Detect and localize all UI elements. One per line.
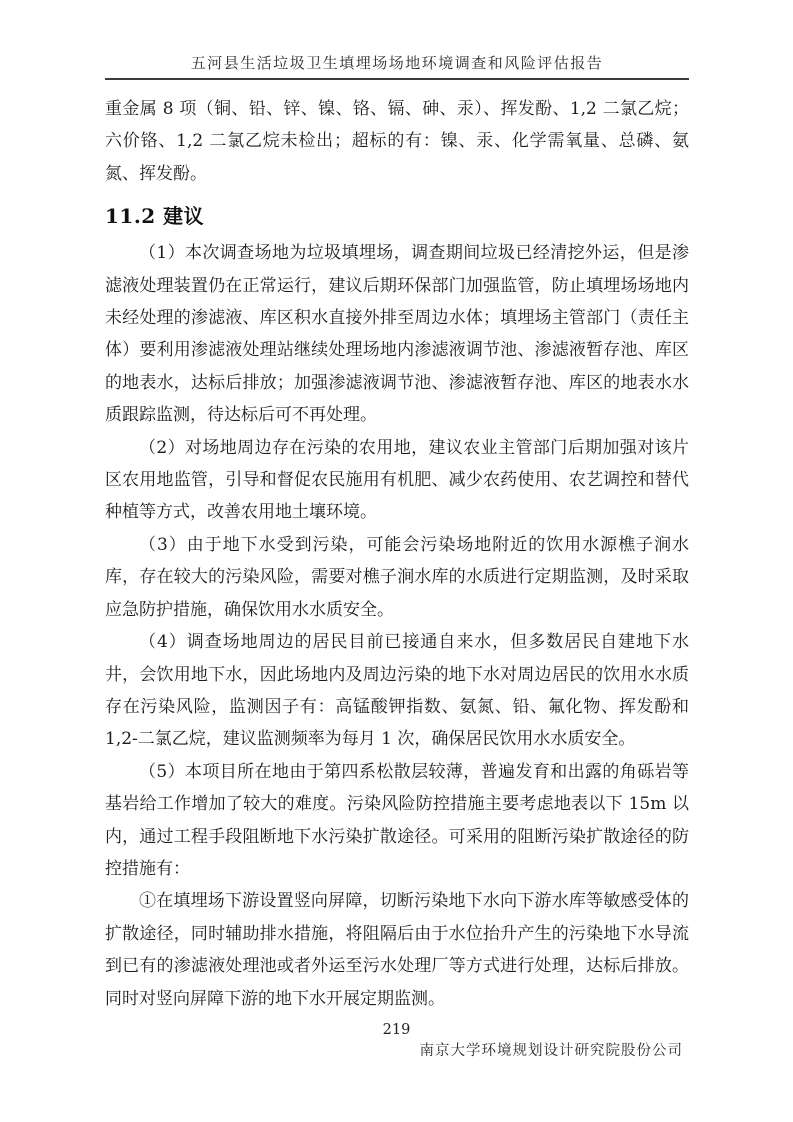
body-paragraph-6-item-circled-1: ①在填埋场下游设置竖向屏障，切断污染地下水向下游水库等敏感受体的扩散途径，同时辅… bbox=[105, 885, 689, 1015]
document-page: 五河县生活垃圾卫生填埋场场地环境调查和风险评估报告 重金属 8 项（铜、铅、锌、… bbox=[0, 0, 793, 1122]
body-paragraph-2: （2）对场地周边存在污染的农用地，建议农业主管部门后期加强对该片区农用地监管，引… bbox=[105, 432, 689, 529]
document-body: 重金属 8 项（铜、铅、锌、镍、铬、镉、砷、汞）、挥发酚、1,2 二氯乙烷；六价… bbox=[105, 93, 689, 1015]
page-header-title: 五河县生活垃圾卫生填埋场场地环境调查和风险评估报告 bbox=[105, 54, 689, 80]
footer-organization: 南京大学环境规划设计研究院股份公司 bbox=[420, 1039, 684, 1060]
body-paragraph-5: （5）本项目所在地由于第四系松散层较薄，普遍发育和出露的角砾岩等基岩给工作增加了… bbox=[105, 756, 689, 886]
page-number: 219 bbox=[0, 1022, 793, 1038]
continuation-paragraph: 重金属 8 项（铜、铅、锌、镍、铬、镉、砷、汞）、挥发酚、1,2 二氯乙烷；六价… bbox=[105, 93, 689, 190]
section-heading-11-2: 11.2 建议 bbox=[105, 202, 689, 230]
body-paragraph-4: （4）调查场地周边的居民目前已接通自来水，但多数居民自建地下水井，会饮用地下水，… bbox=[105, 626, 689, 756]
body-paragraph-3: （3）由于地下水受到污染，可能会污染场地附近的饮用水源樵子涧水库，存在较大的污染… bbox=[105, 529, 689, 626]
body-paragraph-1: （1）本次调查场地为垃圾填埋场，调查期间垃圾已经清挖外运，但是渗滤液处理装置仍在… bbox=[105, 237, 689, 431]
